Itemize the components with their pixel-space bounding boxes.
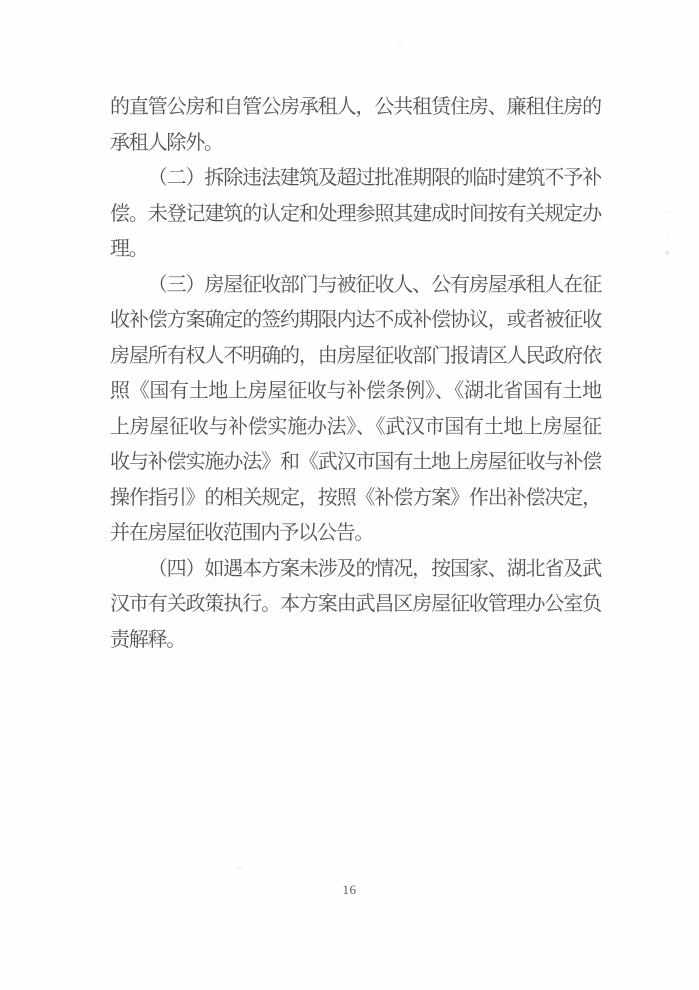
text-line: 收补偿方案确定的签约期限内达不成补偿协议，或者被征收 [110,302,601,338]
text-line: （三）房屋征收部门与被征收人、公有房屋承租人在征 [110,267,601,303]
page-number: 16 [0,882,699,898]
text-line: 上房屋征收与补偿实施办法》、《武汉市国有土地上房屋征 [110,409,601,445]
text-line: 理。 [110,231,601,267]
text-line: 承租人除外。 [110,125,601,161]
text-line: 责解释。 [110,622,601,658]
text-line: （二）拆除违法建筑及超过批准期限的临时建筑不予补 [110,160,601,196]
text-line: 房屋所有权人不明确的，由房屋征收部门报请区人民政府依 [110,338,601,374]
scan-artifact-smudge [398,40,402,43]
body-text: 的直管公房和自管公房承租人，公共租赁住房、廉租住房的 承租人除外。 （二）拆除违… [110,89,601,657]
scan-artifact-dot [665,251,669,255]
text-line: 的直管公房和自管公房承租人，公共租赁住房、廉租住房的 [110,89,601,125]
scan-artifact-smudge [236,867,242,869]
scan-artifact-dot [668,211,671,214]
text-line: 并在房屋征收范围内予以公告。 [110,515,601,551]
document-page: 的直管公房和自管公房承租人，公共租赁住房、廉租住房的 承租人除外。 （二）拆除违… [0,0,699,990]
text-line: 照《国有土地上房屋征收与补偿条例》、《湖北省国有土地 [110,373,601,409]
text-line: （四）如遇本方案未涉及的情况，按国家、湖北省及武 [110,551,601,587]
text-line: 操作指引》的相关规定，按照《补偿方案》作出补偿决定， [110,480,601,516]
text-line: 汉市有关政策执行。本方案由武昌区房屋征收管理办公室负 [110,586,601,622]
text-line: 偿。未登记建筑的认定和处理参照其建成时间按有关规定办 [110,196,601,232]
scan-artifact-dot [667,232,670,235]
text-line: 收与补偿实施办法》和《武汉市国有土地上房屋征收与补偿 [110,444,601,480]
